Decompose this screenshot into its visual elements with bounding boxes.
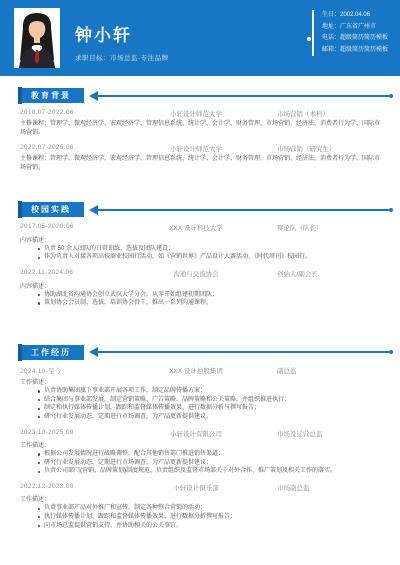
info-row-birthday: 生日：2002.04.06 <box>322 10 388 22</box>
bullet-list: 协助湖北省沟通协会创立武汉大学分会，从零开始组建初期团队； 策划协会会员制、选拔… <box>38 291 384 308</box>
bullet-icon <box>38 294 40 296</box>
job-objective: 求职目标：市场总监·专注品牌 <box>75 53 169 62</box>
info-label: 邮箱： <box>322 47 340 53</box>
divider-dot-icon <box>307 37 311 41</box>
education-entry: 2018.07-2022.06 小轩设计师范大学 市场营销（本科） 主修课程：管… <box>0 109 400 137</box>
entry-organization: 小轩设计师范大学 <box>115 144 277 153</box>
arrow-left-icon <box>89 91 98 101</box>
bullet-item: 负责事业部产品对外推广和宣传，制定各种整合营销的活动； <box>38 504 384 513</box>
bullet-item: 研究行业发展动态，定期进行市场调查，为产品更新提供建议。 <box>38 413 384 422</box>
bullet-icon <box>38 390 40 392</box>
entry-date: 2022.12-2023.08 <box>20 483 115 492</box>
bullet-item: 策划协会会员制、选拔、培训协会骨干，推出一系列沟通课程。 <box>38 299 384 308</box>
contact-info-rows: 生日：2002.04.06 地址：广东省广州市 电话：超级简历简历模板 邮箱：超… <box>312 10 388 56</box>
section-header-education: 教育背景 <box>18 87 400 104</box>
bullet-item: 根据公司发展情况进行战略调整，配合其他销售部门推进销售渠道； <box>38 450 384 459</box>
courses-paragraph: 主修课程：管理学、微观经济学、宏观经济学、管理信息系统、统计学、会计学、财务管理… <box>20 155 380 172</box>
entry-meta-row: 2024.10-至今 XXX 设计控股集团 副总监 <box>0 366 400 375</box>
bullet-icon <box>38 257 40 259</box>
bullet-list: 负责协助集团旗下事业部开展各项工作，制定品牌传播方案； 结合集团与事业部发展，制… <box>38 387 384 421</box>
description-label: 工作描述： <box>20 377 400 386</box>
entry-organization: 小轩设计有限公司 <box>115 429 277 438</box>
entry-role: 副总监 <box>277 366 380 375</box>
info-row-email: 邮箱：超级简历简历模板 <box>322 45 388 57</box>
section-header-work: 工作经历 <box>18 344 400 361</box>
bullet-item: 作为负责人对接各项高校商业校园行活动，如《营销世界》产品设计大赛活动、《时代周刊… <box>38 253 384 262</box>
identity-block: 钟小轩 求职目标：市场总监·专注品牌 <box>75 21 169 62</box>
entry-date: 2022.07-2025.06 <box>20 144 115 153</box>
entry-organization: 沟通与交流协会 <box>115 269 277 278</box>
description-label: 内容描述： <box>20 281 400 290</box>
entry-degree: 市场营销（本科） <box>277 109 380 118</box>
bullet-list: 负责事业部产品对外推广和宣传，制定各种整合营销的活动； 执行媒体传播计划，跟踪和… <box>38 504 384 530</box>
bullet-item: 负责协助集团旗下事业部开展各项工作，制定品牌传播方案； <box>38 387 384 396</box>
work-entry: 2022.12-2023.08 小轩设计俱乐部 市场副总监 工作描述： 负责事业… <box>0 483 400 530</box>
bullet-icon <box>38 416 40 418</box>
section-title: 教育背景 <box>22 88 84 103</box>
bullet-item: 结合集团与事业部发展，制定营销策略、广告策略、品牌策略和公关策略，并组织推进执行… <box>38 396 384 405</box>
entry-date: 2022.11-2024.06 <box>20 269 115 278</box>
bullet-item: 执行媒体传播计划，跟踪和监督媒体传播效果，进行数据分析撰写报告； <box>38 513 384 522</box>
bullet-icon <box>38 302 40 304</box>
entry-role: 创始人/副会长 <box>277 269 380 278</box>
bullet-text: 负责公司部门(营销、品牌策划)制度规范，负责组织及监督市场部关于对外合作、推广策… <box>44 468 336 474</box>
info-label: 电话： <box>322 35 340 41</box>
info-row-phone: 电话：超级简历简历模板 <box>322 33 388 45</box>
info-row-address: 地址：广东省广州市 <box>322 22 388 34</box>
bullet-item: 制定和执行媒体传播计划，跟踪和监督媒体传播效果，进行数据分析与撰写报告； <box>38 404 384 413</box>
bullet-icon <box>38 516 40 518</box>
candidate-name: 钟小轩 <box>75 21 169 46</box>
contact-info-block: 生日：2002.04.06 地址：广东省广州市 电话：超级简历简历模板 邮箱：超… <box>312 10 388 56</box>
info-value: 2002.04.06 <box>340 12 370 18</box>
info-value: 广东省广州市 <box>340 24 376 30</box>
resume-page: 钟小轩 求职目标：市场总监·专注品牌 生日：2002.04.06 地址：广东省广… <box>0 0 400 565</box>
info-value: 超级简历简历模板 <box>340 47 388 53</box>
arrow-left-icon <box>89 205 98 215</box>
profile-photo <box>14 8 60 68</box>
bullet-item: 研究行业发展动态，定期进行市场调查，为产品更新提供建议； <box>38 459 384 468</box>
description-label: 工作描述： <box>20 440 400 449</box>
bullet-item: 负责 50 余人团队的日常训练、选拔及团队建设； <box>38 245 384 254</box>
entry-meta-row: 2017.05-2020.06 XXX 设计科技大学 辩论队（队长） <box>0 223 400 232</box>
entry-organization: XXX 设计科技大学 <box>115 223 277 232</box>
info-label: 生日： <box>322 12 340 18</box>
bullet-text: 协助湖北省沟通协会创立武汉大学分会，从零开始组建初期团队； <box>44 292 218 298</box>
bullet-text: 执行媒体传播计划，跟踪和监督媒体传播效果，进行数据分析撰写报告； <box>44 514 236 520</box>
bullet-text: 制定和执行媒体传播计划，跟踪和监督媒体传播效果，进行数据分析与撰写报告； <box>44 405 260 411</box>
entry-organization: XXX 设计控股集团 <box>115 366 277 375</box>
section-rule-line <box>98 95 389 97</box>
bullet-text: 根据公司发展情况进行战略调整，配合其他销售部门推进销售渠道； <box>44 451 224 457</box>
entry-role: 市场副总监 <box>277 483 380 492</box>
section-title: 校园实践 <box>22 202 84 217</box>
entry-date: 2024.10-至今 <box>20 366 115 375</box>
entry-meta-row: 2022.12-2023.08 小轩设计俱乐部 市场副总监 <box>0 483 400 492</box>
courses-paragraph: 主修课程：管理学、微观经济学、宏观经济学、管理信息系统、统计学、会计学、财务管理… <box>20 120 380 137</box>
bullet-icon <box>38 248 40 250</box>
education-entry: 2022.07-2025.06 小轩设计师范大学 市场营销（研究生） 主修课程：… <box>0 144 400 172</box>
entry-meta-row: 2023.10-2025.09 小轩设计有限公司 市场及运营总监 <box>0 429 400 438</box>
entry-meta-row: 2022.11-2024.06 沟通与交流协会 创始人/副会长 <box>0 269 400 278</box>
entry-role: 辩论队（队长） <box>277 223 380 232</box>
entry-date: 2018.07-2022.06 <box>20 109 115 118</box>
bullet-item: 协助湖北省沟通协会创立武汉大学分会，从零开始组建初期团队； <box>38 291 384 300</box>
bullet-text: 负责事业部产品对外推广和宣传，制定各种整合营销的活动； <box>44 505 206 511</box>
bullet-icon <box>38 462 40 464</box>
bullet-list: 负责 50 余人团队的日常训练、选拔及团队建设； 作为负责人对接各项高校商业校园… <box>38 245 384 262</box>
section-end-dot-icon <box>389 208 393 212</box>
section-header-campus: 校园实践 <box>18 201 400 218</box>
bullet-text: 策划协会会员制、选拔、培训协会骨干，推出一系列沟通课程。 <box>44 300 212 306</box>
entry-role: 市场及运营总监 <box>277 429 380 438</box>
bullet-icon <box>38 453 40 455</box>
bullet-icon <box>38 525 40 527</box>
entry-meta-row: 2018.07-2022.06 小轩设计师范大学 市场营销（本科） <box>0 109 400 118</box>
campus-entry: 2017.05-2020.06 XXX 设计科技大学 辩论队（队长） 内容描述：… <box>0 223 400 262</box>
description-label: 工作描述： <box>20 494 400 503</box>
entry-organization: 小轩设计师范大学 <box>115 109 277 118</box>
arrow-left-icon <box>89 347 98 357</box>
bullet-icon <box>38 471 40 473</box>
bullet-text: 作为负责人对接各项高校商业校园行活动，如《营销世界》产品设计大赛活动、《时代周刊… <box>44 254 311 260</box>
bullet-text: 研究行业发展动态，定期进行市场调查，为产品更新提供建议。 <box>44 414 212 420</box>
entry-date: 2023.10-2025.09 <box>20 429 115 438</box>
section-rule-line <box>98 209 389 211</box>
section-rule-line <box>98 351 389 353</box>
section-campus-practice: 校园实践 2017.05-2020.06 XXX 设计科技大学 辩论队（队长） … <box>0 201 400 307</box>
bullet-list: 根据公司发展情况进行战略调整，配合其他销售部门推进销售渠道； 研究行业发展动态，… <box>38 450 384 476</box>
entry-degree: 市场营销（研究生） <box>277 144 380 153</box>
work-entry: 2023.10-2025.09 小轩设计有限公司 市场及运营总监 工作描述： 根… <box>0 429 400 476</box>
work-entry: 2024.10-至今 XXX 设计控股集团 副总监 工作描述： 负责协助集团旗下… <box>0 366 400 422</box>
bullet-text: 结合集团与事业部发展，制定营销策略、广告策略、品牌策略和公关策略，并组织推进执行… <box>44 397 290 403</box>
bullet-icon <box>38 408 40 410</box>
entry-organization: 小轩设计俱乐部 <box>115 483 277 492</box>
portrait-illustration <box>14 8 60 68</box>
bullet-item: 向市场总监提供营销支持，并协助相关的公关事宜。 <box>38 522 384 531</box>
entry-date: 2017.05-2020.06 <box>20 223 115 232</box>
info-label: 地址： <box>322 24 340 30</box>
bullet-text: 研究行业发展动态，定期进行市场调查，为产品更新提供建议； <box>44 460 212 466</box>
section-end-dot-icon <box>389 94 393 98</box>
header-banner: 钟小轩 求职目标：市场总监·专注品牌 生日：2002.04.06 地址：广东省广… <box>0 0 400 76</box>
bullet-text: 负责协助集团旗下事业部开展各项工作，制定品牌传播方案； <box>44 388 206 394</box>
info-value: 超级简历简历模板 <box>340 35 388 41</box>
bullet-icon <box>38 399 40 401</box>
entry-meta-row: 2022.07-2025.06 小轩设计师范大学 市场营销（研究生） <box>0 144 400 153</box>
section-education: 教育背景 2018.07-2022.06 小轩设计师范大学 市场营销（本科） 主… <box>0 87 400 172</box>
bullet-text: 向市场总监提供营销支持，并协助相关的公关事宜。 <box>44 523 182 529</box>
section-work-experience: 工作经历 2024.10-至今 XXX 设计控股集团 副总监 工作描述： 负责协… <box>0 344 400 530</box>
bullet-text: 负责 50 余人团队的日常训练、选拔及团队建设； <box>44 246 174 252</box>
section-title: 工作经历 <box>22 345 84 360</box>
bullet-item: 负责公司部门(营销、品牌策划)制度规范，负责组织及监督市场部关于对外合作、推广策… <box>38 467 384 476</box>
section-end-dot-icon <box>389 350 393 354</box>
description-label: 内容描述： <box>20 235 400 244</box>
bullet-icon <box>38 508 40 510</box>
campus-entry: 2022.11-2024.06 沟通与交流协会 创始人/副会长 内容描述： 协助… <box>0 269 400 308</box>
